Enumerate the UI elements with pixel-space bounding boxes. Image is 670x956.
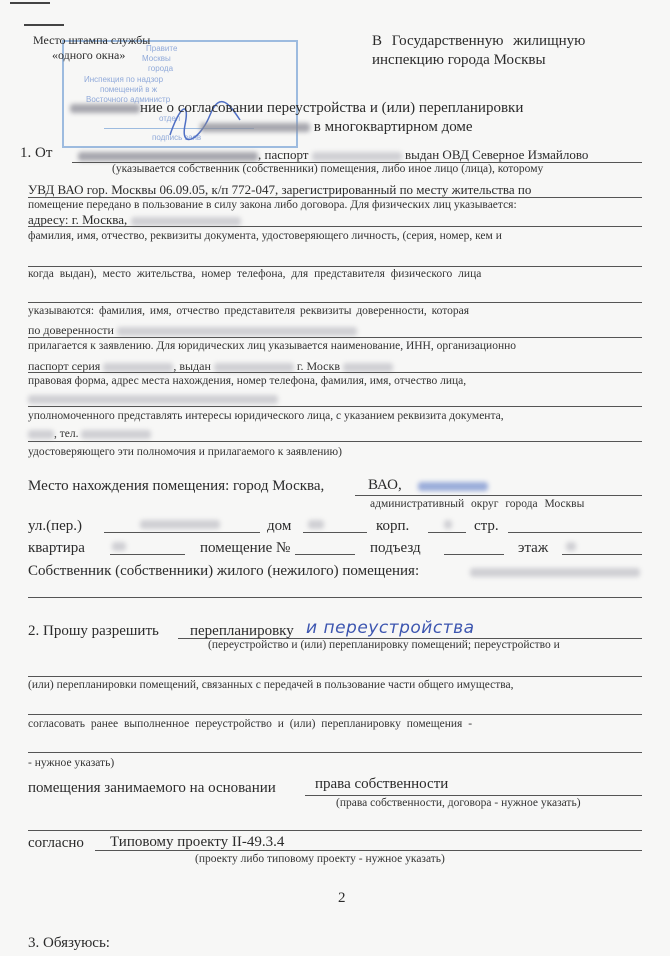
stamp-text: Москвы bbox=[142, 54, 171, 63]
structure-label: стр. bbox=[474, 518, 499, 535]
hint-text: (или) перепланировки помещений, связанны… bbox=[28, 679, 514, 691]
redacted-district bbox=[418, 482, 488, 491]
location-label: Место нахождения помещения: город Москва… bbox=[28, 478, 324, 495]
applicant-field-2[interactable]: УВД ВАО гор. Москвы 06.09.05, к/п 772-04… bbox=[28, 182, 531, 198]
district-field[interactable]: ВАО, bbox=[368, 477, 402, 494]
title-line-1: ние о согласовании переустройства и (или… bbox=[140, 100, 523, 116]
hint-text: уполномоченного представлять интересы юр… bbox=[28, 410, 504, 422]
title-line-2: в многоквартирном доме bbox=[314, 119, 473, 135]
redacted-text bbox=[28, 430, 54, 439]
hint-text: фамилия, имя, отчество, реквизиты докуме… bbox=[28, 230, 502, 242]
hint-text: когда выдан), место жительства, номер те… bbox=[28, 268, 481, 280]
scan-mark bbox=[10, 2, 50, 4]
redacted-text bbox=[70, 104, 140, 113]
redacted-floor bbox=[566, 542, 576, 551]
owner-label: Собственник (собственники) жилого (нежил… bbox=[28, 563, 419, 580]
hint-text: - нужное указать) bbox=[28, 757, 114, 769]
request-handwritten-value: и переустройства bbox=[306, 618, 475, 638]
hint-text: согласовать ранее выполненное переустрой… bbox=[28, 718, 472, 730]
project-label: согласно bbox=[28, 835, 84, 852]
redacted-proxy bbox=[117, 327, 357, 336]
hint-text: указываются: фамилия, имя, отчество пред… bbox=[28, 305, 469, 317]
redacted-building bbox=[444, 520, 452, 529]
document-title: ние о согласовании переустройства и (или… bbox=[70, 100, 523, 117]
redacted-passport bbox=[312, 152, 402, 161]
redacted-passport-number bbox=[103, 363, 173, 372]
entrance-label: подъезд bbox=[370, 540, 421, 557]
room-label: помещение № bbox=[200, 540, 290, 557]
document-title-2: в многоквартирном доме bbox=[200, 119, 473, 136]
apartment-label: квартира bbox=[28, 540, 85, 557]
page-number: 2 bbox=[338, 890, 346, 907]
redacted-owner bbox=[470, 568, 640, 577]
redacted-issuer bbox=[214, 363, 294, 372]
redacted-apartment bbox=[112, 542, 126, 551]
stamp-text: Правите bbox=[146, 44, 177, 53]
redacted-phone bbox=[81, 430, 151, 439]
hint-text: правовая форма, адрес места нахождения, … bbox=[28, 375, 466, 387]
redacted-date bbox=[343, 363, 393, 372]
section-1-label: 1. От bbox=[20, 145, 52, 162]
stamp-text: помещений в ж bbox=[100, 85, 157, 94]
hint-text: (указывается собственник (собственники) … bbox=[112, 163, 543, 175]
house-label: дом bbox=[267, 518, 291, 535]
redacted-name bbox=[78, 152, 258, 161]
section-2-label: 2. Прошу разрешить bbox=[28, 623, 159, 640]
hint-text: прилагается к заявлению. Для юридических… bbox=[28, 340, 516, 352]
details-field[interactable] bbox=[28, 393, 278, 405]
street-label: ул.(пер.) bbox=[28, 518, 82, 535]
section-3-label: 3. Обязуюсь: bbox=[28, 935, 110, 952]
addressee-line-2: инспекцию города Москвы bbox=[372, 52, 546, 69]
stamp-place-label: Место штампа службы bbox=[33, 33, 150, 48]
proxy-field[interactable]: по доверенности bbox=[28, 323, 357, 338]
hint-text: (проекту либо типовому проекту - нужное … bbox=[195, 853, 445, 865]
phone-field[interactable]: , тел. bbox=[28, 428, 151, 440]
stamp-text: Инспекция по надзор bbox=[84, 75, 163, 84]
stamp-place-label-2: «одного окна» bbox=[52, 48, 125, 63]
redacted-address bbox=[131, 217, 241, 226]
hint-text: (переустройство и (или) перепланировку п… bbox=[208, 639, 560, 651]
addressee-line-1: В Государственную жилищную bbox=[372, 33, 585, 50]
basis-value[interactable]: права собственности bbox=[315, 776, 448, 793]
floor-label: этаж bbox=[518, 540, 548, 557]
hint-text: административный округ города Москвы bbox=[370, 498, 584, 510]
hint-text: удостоверяющего эти полномочия и прилага… bbox=[28, 446, 342, 458]
basis-label: помещения занимаемого на основании bbox=[28, 780, 276, 797]
applicant-field[interactable]: , паспорт выдан ОВД Северное Измайлово bbox=[78, 147, 588, 163]
building-label: корп. bbox=[376, 518, 409, 535]
hint-text: (права собственности, договора - нужное … bbox=[336, 797, 581, 809]
redacted-text bbox=[200, 123, 310, 132]
stamp-text: города bbox=[148, 64, 173, 73]
project-value[interactable]: Типовому проекту II-49.3.4 bbox=[110, 834, 284, 851]
scan-mark bbox=[24, 24, 64, 26]
redacted-house bbox=[308, 520, 324, 529]
redacted-details bbox=[28, 395, 278, 404]
redacted-street bbox=[140, 520, 220, 529]
hint-text: помещение передано в пользование в силу … bbox=[28, 199, 517, 211]
